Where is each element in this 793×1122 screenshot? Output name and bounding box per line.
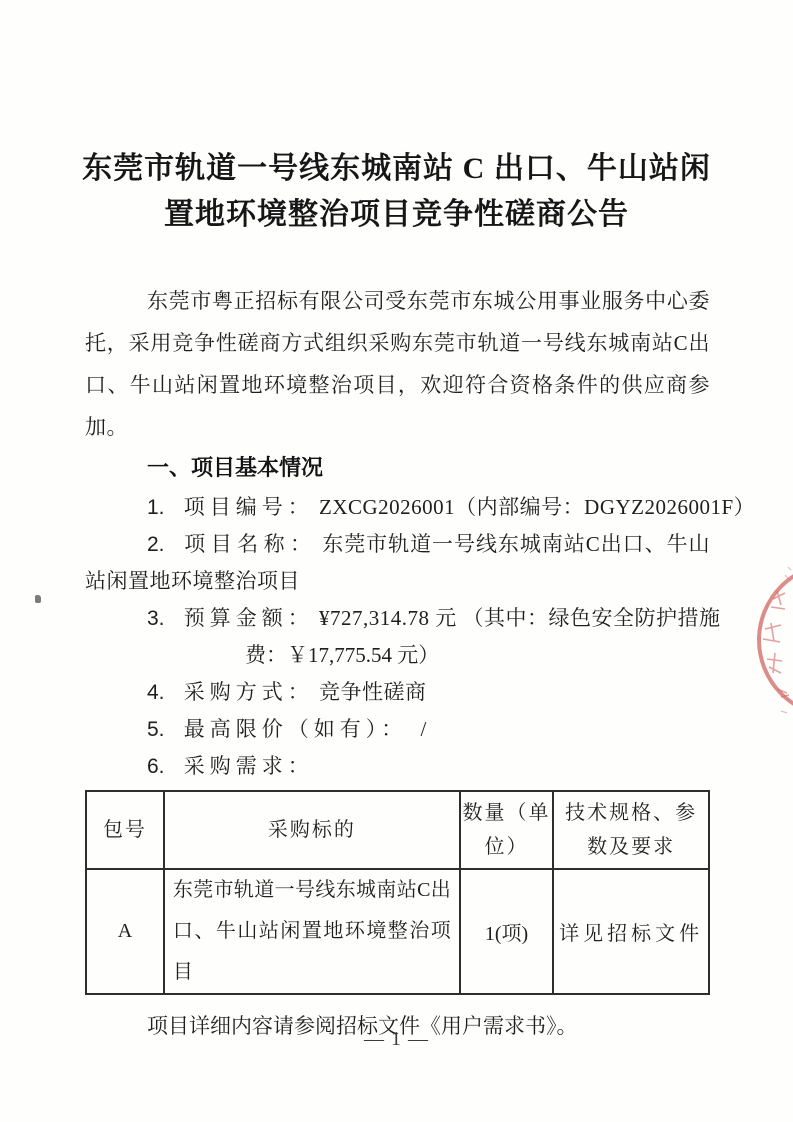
official-seal-partial bbox=[727, 553, 793, 725]
intro-paragraph: 东莞市粤正招标有限公司受东莞市东城公用事业服务中心委托，采用竞争性磋商方式组织采… bbox=[85, 280, 710, 448]
item-number: 3. bbox=[147, 607, 165, 630]
item-label: 采购方式： bbox=[184, 680, 314, 704]
document-title: 东莞市轨道一号线东城南站 C 出口、牛山站闲 置地环境整治项目竞争性磋商公告 bbox=[77, 146, 717, 238]
scanned-document-page: 东莞市轨道一号线东城南站 C 出口、牛山站闲 置地环境整治项目竞争性磋商公告 东… bbox=[0, 0, 793, 1122]
ink-speck bbox=[35, 595, 41, 603]
item-budget-amount: 3. 预算金额： ¥727,314.78 元 （其中：绿色安全防护措施 bbox=[85, 600, 710, 637]
item-procurement-requirements: 6. 采购需求： bbox=[85, 748, 710, 785]
item-label: 预算金额： bbox=[184, 606, 314, 630]
page-number: — 1 — bbox=[0, 1028, 793, 1051]
table-header-subject: 采购标的 bbox=[164, 791, 460, 869]
document-body: 东莞市粤正招标有限公司受东莞市东城公用事业服务中心委托，采用竞争性磋商方式组织采… bbox=[85, 280, 710, 1047]
seal-glyph-strokes bbox=[763, 591, 789, 697]
item-max-price: 5. 最高限价（如有）： / bbox=[85, 711, 710, 748]
cell-spec: 详见招标文件 bbox=[553, 869, 709, 994]
procurement-table: 包号 采购标的 数量（单位） 技术规格、参数及要求 A 东莞市轨道一号线东城南站… bbox=[85, 790, 710, 995]
item-number: 1. bbox=[147, 496, 165, 519]
item-project-number: 1. 项目编号： ZXCG2026001（内部编号：DGYZ2026001F） bbox=[85, 489, 710, 526]
item-value: ZXCG2026001（内部编号：DGYZ2026001F） bbox=[319, 495, 755, 519]
item-procurement-method: 4. 采购方式： 竞争性磋商 bbox=[85, 674, 710, 711]
table-header-quantity-unit: 数量（单位） bbox=[460, 791, 553, 869]
item-budget-amount-continued: 费：￥17,775.54 元） bbox=[85, 637, 710, 674]
section-heading-basic-info: 一、项目基本情况 bbox=[85, 450, 710, 486]
item-number: 5. bbox=[147, 718, 165, 741]
item-value: 竞争性磋商 bbox=[319, 680, 427, 704]
cell-quantity: 1(项) bbox=[460, 869, 553, 994]
item-label: 最高限价（如有）： bbox=[184, 717, 408, 741]
table-header-spec-requirements: 技术规格、参数及要求 bbox=[553, 791, 709, 869]
item-value: ¥727,314.78 元 （其中：绿色安全防护措施 bbox=[319, 606, 721, 630]
item-value: 东莞市轨道一号线东城南站C出口、牛山站闲置地环境整治项目 bbox=[85, 532, 710, 593]
item-number: 6. bbox=[147, 755, 165, 778]
item-label: 项目编号： bbox=[184, 495, 314, 519]
item-number: 2. bbox=[147, 533, 165, 556]
item-list: 1. 项目编号： ZXCG2026001（内部编号：DGYZ2026001F） … bbox=[85, 489, 710, 785]
item-label: 采购需求： bbox=[184, 754, 314, 778]
item-value: / bbox=[421, 717, 427, 741]
cell-package-no: A bbox=[86, 869, 164, 994]
cell-subject: 东莞市轨道一号线东城南站C出口、牛山站闲置地环境整治项目 bbox=[164, 869, 460, 994]
item-label: 项目名称： bbox=[184, 532, 316, 556]
item-number: 4. bbox=[147, 681, 165, 704]
table-header-package-no: 包号 bbox=[86, 791, 164, 869]
item-project-name: 2. 项目名称： 东莞市轨道一号线东城南站C出口、牛山站闲置地环境整治项目 bbox=[85, 526, 710, 600]
table-header-row: 包号 采购标的 数量（单位） 技术规格、参数及要求 bbox=[86, 791, 709, 869]
table-row: A 东莞市轨道一号线东城南站C出口、牛山站闲置地环境整治项目 1(项) 详见招标… bbox=[86, 869, 709, 994]
